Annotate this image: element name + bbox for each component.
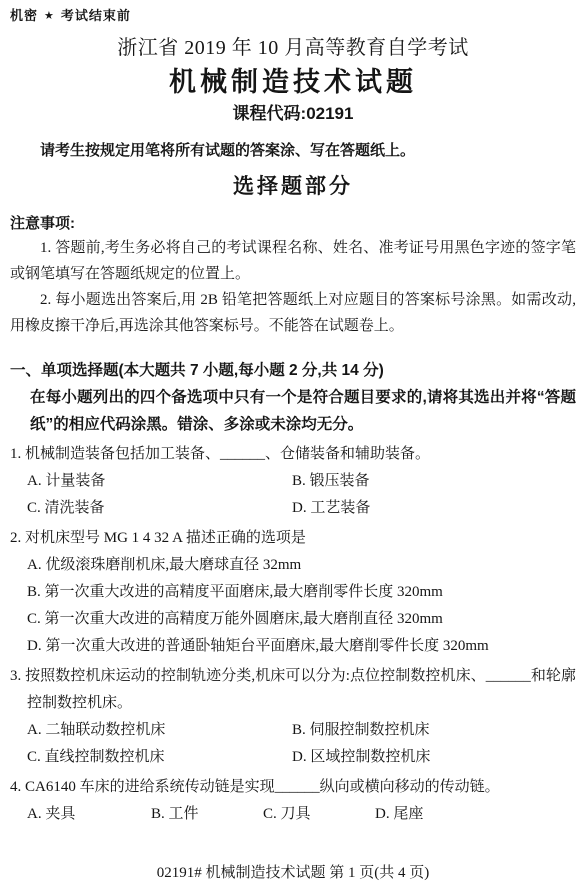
question-3-option-a: A. 二轴联动数控机床: [27, 717, 292, 744]
classification-banner: 机密★考试结束前: [10, 8, 576, 25]
question-4-option-a: A. 夹具: [27, 801, 151, 828]
notes-heading: 注意事项:: [10, 213, 576, 235]
question-4-options: A. 夹具 B. 工件 C. 刀具 D. 尾座: [10, 801, 576, 828]
paper-title: 机械制造技术试题: [10, 64, 576, 100]
question-2-option-c: C. 第一次重大改进的高精度万能外圆磨床,最大磨削直径 320mm: [27, 606, 576, 633]
classification-level: 机密: [10, 8, 38, 23]
question-1-option-a: A. 计量装备: [27, 468, 292, 495]
question-3-options: A. 二轴联动数控机床 B. 伺服控制数控机床 C. 直线控制数控机床 D. 区…: [10, 717, 576, 771]
exam-session-title: 浙江省 2019 年 10 月高等教育自学考试: [10, 35, 576, 61]
question-1-stem: 1. 机械制造装备包括加工装备、______、仓储装备和辅助装备。: [10, 441, 576, 468]
question-3: 3. 按照数控机床运动的控制轨迹分类,机床可以分为:点位控制数控机床、_____…: [10, 663, 576, 771]
question-1-option-b: B. 锻压装备: [292, 468, 576, 495]
question-2: 2. 对机床型号 MG 1 4 32 A 描述正确的选项是 A. 优级滚珠磨削机…: [10, 525, 576, 660]
part-one-instruction: 在每小题列出的四个备选项中只有一个是符合题目要求的,请将其选出并将“答题纸”的相…: [30, 384, 576, 438]
question-4-stem: 4. CA6140 车床的进给系统传动链是实现______纵向或横向移动的传动链…: [10, 774, 576, 801]
part-one-heading: 一、单项选择题(本大题共 7 小题,每小题 2 分,共 14 分): [10, 357, 576, 384]
question-2-option-d: D. 第一次重大改进的普通卧轴矩台平面磨床,最大磨削零件长度 320mm: [27, 633, 576, 660]
question-3-stem: 3. 按照数控机床运动的控制轨迹分类,机床可以分为:点位控制数控机床、_____…: [10, 663, 576, 717]
star-icon: ★: [38, 10, 61, 22]
course-code: 课程代码:02191: [10, 102, 576, 126]
exam-paper-page: 机密★考试结束前 浙江省 2019 年 10 月高等教育自学考试 机械制造技术试…: [0, 0, 585, 885]
question-4: 4. CA6140 车床的进给系统传动链是实现______纵向或横向移动的传动链…: [10, 774, 576, 828]
section-title: 选择题部分: [10, 173, 576, 201]
question-2-stem: 2. 对机床型号 MG 1 4 32 A 描述正确的选项是: [10, 525, 576, 552]
classification-note: 考试结束前: [61, 8, 131, 23]
question-4-option-d: D. 尾座: [375, 801, 576, 828]
question-3-option-d: D. 区域控制数控机床: [292, 744, 576, 771]
question-2-option-b: B. 第一次重大改进的高精度平面磨床,最大磨削零件长度 320mm: [27, 579, 576, 606]
question-4-option-b: B. 工件: [151, 801, 263, 828]
question-2-option-a: A. 优级滚珠磨削机床,最大磨球直径 32mm: [27, 552, 576, 579]
question-2-options: A. 优级滚珠磨削机床,最大磨球直径 32mm B. 第一次重大改进的高精度平面…: [10, 552, 576, 660]
question-1-option-c: C. 清洗装备: [27, 495, 292, 522]
note-item-1: 1. 答题前,考生务必将自己的考试课程名称、姓名、准考证号用黑色字迹的签字笔或钢…: [10, 235, 576, 287]
question-3-option-c: C. 直线控制数控机床: [27, 744, 292, 771]
answer-instruction: 请考生按规定用笔将所有试题的答案涂、写在答题纸上。: [10, 140, 576, 161]
question-1: 1. 机械制造装备包括加工装备、______、仓储装备和辅助装备。 A. 计量装…: [10, 441, 576, 522]
page-footer: 02191# 机械制造技术试题 第 1 页(共 4 页): [10, 863, 576, 883]
question-4-option-c: C. 刀具: [263, 801, 375, 828]
question-1-options: A. 计量装备 B. 锻压装备 C. 清洗装备 D. 工艺装备: [10, 468, 576, 522]
note-item-2: 2. 每小题选出答案后,用 2B 铅笔把答题纸上对应题目的答案标号涂黑。如需改动…: [10, 287, 576, 339]
question-3-option-b: B. 伺服控制数控机床: [292, 717, 576, 744]
question-1-option-d: D. 工艺装备: [292, 495, 576, 522]
